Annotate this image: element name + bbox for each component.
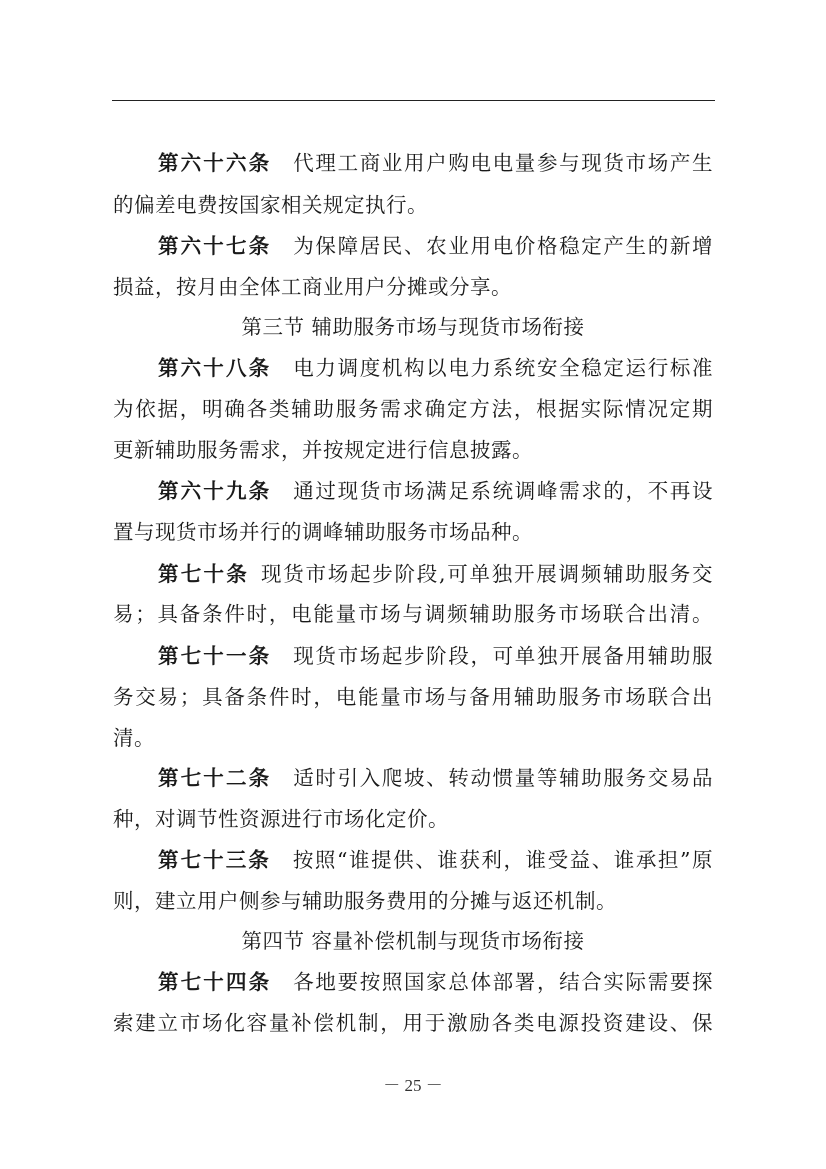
text-line: 的偏差电费按国家相关规定执行。	[113, 190, 713, 220]
text-line: 易；具备条件时，电能量市场与调频辅助服务市场联合出清。	[113, 599, 713, 629]
article-text: 通过现货市场满足系统调峰需求的，不再设	[293, 479, 713, 503]
article-line: 第七十条现货市场起步阶段,可单独开展调频辅助服务交	[113, 559, 713, 589]
article-line: 第六十八条电力调度机构以电力系统安全稳定运行标准	[113, 353, 713, 383]
text-line: 为依据，明确各类辅助服务需求确定方法，根据实际情况定期	[113, 394, 713, 424]
article-text: 为保障居民、农业用电价格稳定产生的新增	[293, 234, 713, 258]
article-label: 第六十九条	[158, 479, 271, 503]
page-number: － 25 －	[0, 1071, 826, 1096]
text-line: 清。	[113, 723, 713, 753]
article-line: 第六十七条为保障居民、农业用电价格稳定产生的新增	[113, 231, 713, 261]
article-label: 第六十八条	[158, 356, 271, 380]
text-line: 则，建立用户侧参与辅助服务费用的分摊与返还机制。	[113, 886, 713, 916]
article-line: 第六十六条代理工商业用户购电电量参与现货市场产生	[113, 148, 713, 178]
article-text: 现货市场起步阶段,可单独开展调频辅助服务交	[261, 562, 713, 586]
article-label: 第六十七条	[158, 234, 271, 258]
text-line: 损益，按月由全体工商业用户分摊或分享。	[113, 272, 713, 302]
section-heading: 第三节 辅助服务市场与现货市场衔接	[113, 312, 713, 342]
text-line: 种，对调节性资源进行市场化定价。	[113, 804, 713, 834]
article-text: 电力调度机构以电力系统安全稳定运行标准	[293, 356, 713, 380]
text-line: 更新辅助服务需求，并按规定进行信息披露。	[113, 435, 713, 465]
article-text: 按照“谁提供、谁获利，谁受益、谁承担”原	[293, 848, 713, 872]
article-line: 第七十三条按照“谁提供、谁获利，谁受益、谁承担”原	[113, 845, 713, 875]
article-line: 第七十四条各地要按照国家总体部署，结合实际需要探	[113, 967, 713, 997]
article-label: 第六十六条	[158, 151, 271, 175]
header-rule	[112, 100, 715, 101]
article-text: 现货市场起步阶段，可单独开展备用辅助服	[293, 644, 713, 668]
article-label: 第七十二条	[158, 766, 271, 790]
article-line: 第六十九条通过现货市场满足系统调峰需求的，不再设	[113, 476, 713, 506]
text-line: 置与现货市场并行的调峰辅助服务市场品种。	[113, 517, 713, 547]
text-line: 索建立市场化容量补偿机制，用于激励各类电源投资建设、保	[113, 1008, 713, 1038]
article-text: 各地要按照国家总体部署，结合实际需要探	[293, 970, 713, 994]
article-label: 第七十三条	[158, 848, 271, 872]
article-line: 第七十二条适时引入爬坡、转动惯量等辅助服务交易品	[113, 763, 713, 793]
article-text: 代理工商业用户购电电量参与现货市场产生	[293, 151, 713, 175]
article-label: 第七十一条	[158, 644, 271, 668]
article-label: 第七十四条	[158, 970, 271, 994]
article-text: 适时引入爬坡、转动惯量等辅助服务交易品	[293, 766, 713, 790]
article-label: 第七十条	[158, 562, 249, 586]
article-line: 第七十一条现货市场起步阶段，可单独开展备用辅助服	[113, 641, 713, 671]
text-line: 务交易；具备条件时，电能量市场与备用辅助服务市场联合出	[113, 682, 713, 712]
section-heading: 第四节 容量补偿机制与现货市场衔接	[113, 926, 713, 956]
